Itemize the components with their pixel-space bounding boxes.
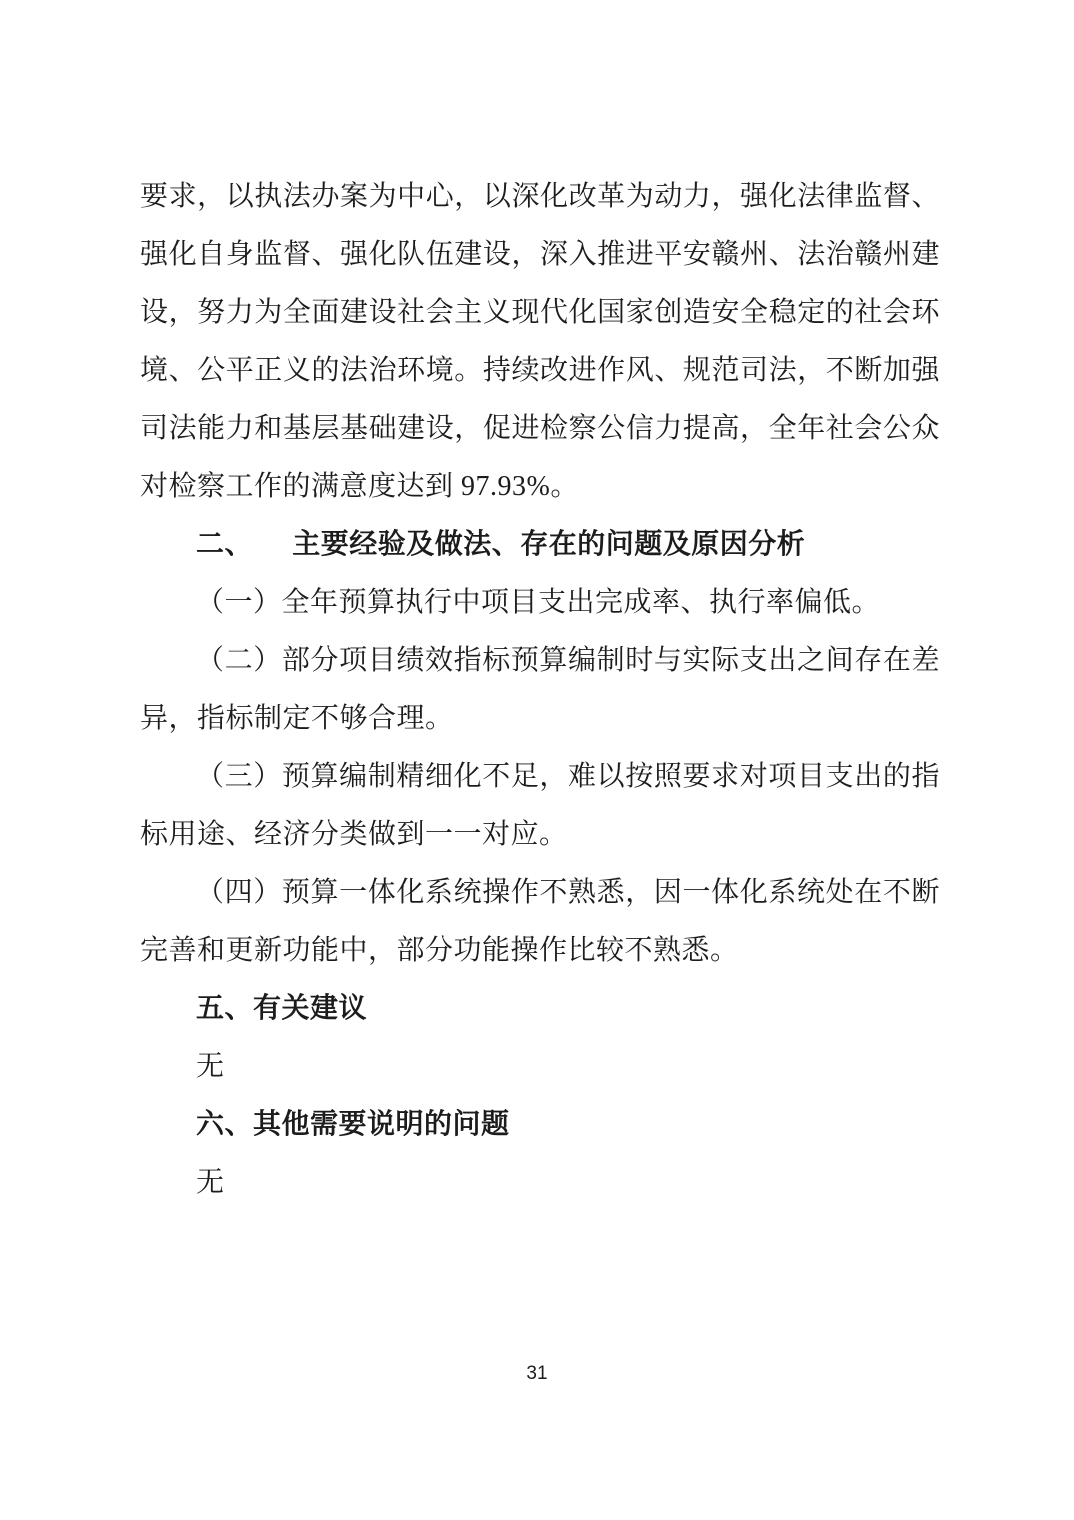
experience-item-1: （一）全年预算执行中项目支出完成率、执行率偏低。 (140, 574, 940, 632)
section-heading-experience: 二、主要经验及做法、存在的问题及原因分析 (140, 516, 940, 574)
suggestions-body: 无 (140, 1038, 940, 1096)
experience-item-2: （二）部分项目绩效指标预算编制时与实际支出之间存在差异，指标制定不够合理。 (140, 632, 940, 748)
page-number: 31 (526, 1363, 547, 1384)
other-body: 无 (140, 1154, 940, 1212)
document-body: 要求，以执法办案为中心，以深化改革为动力，强化法律监督、强化自身监督、强化队伍建… (140, 168, 940, 1212)
experience-item-3: （三）预算编制精细化不足，难以按照要求对项目支出的指标用途、经济分类做到一一对应… (140, 748, 940, 864)
document-page: 要求，以执法办案为中心，以深化改革为动力，强化法律监督、强化自身监督、强化队伍建… (0, 0, 1074, 1520)
experience-item-4: （四）预算一体化系统操作不熟悉，因一体化系统处在不断完善和更新功能中，部分功能操… (140, 864, 940, 980)
page-footer: 31 (0, 1362, 1074, 1386)
section-heading-other: 六、其他需要说明的问题 (140, 1096, 940, 1154)
intro-paragraph: 要求，以执法办案为中心，以深化改革为动力，强化法律监督、强化自身监督、强化队伍建… (140, 168, 940, 516)
section-heading-title: 主要经验及做法、存在的问题及原因分析 (292, 529, 805, 560)
section-heading-number: 二、 (196, 529, 253, 560)
section-heading-suggestions: 五、有关建议 (140, 980, 940, 1038)
